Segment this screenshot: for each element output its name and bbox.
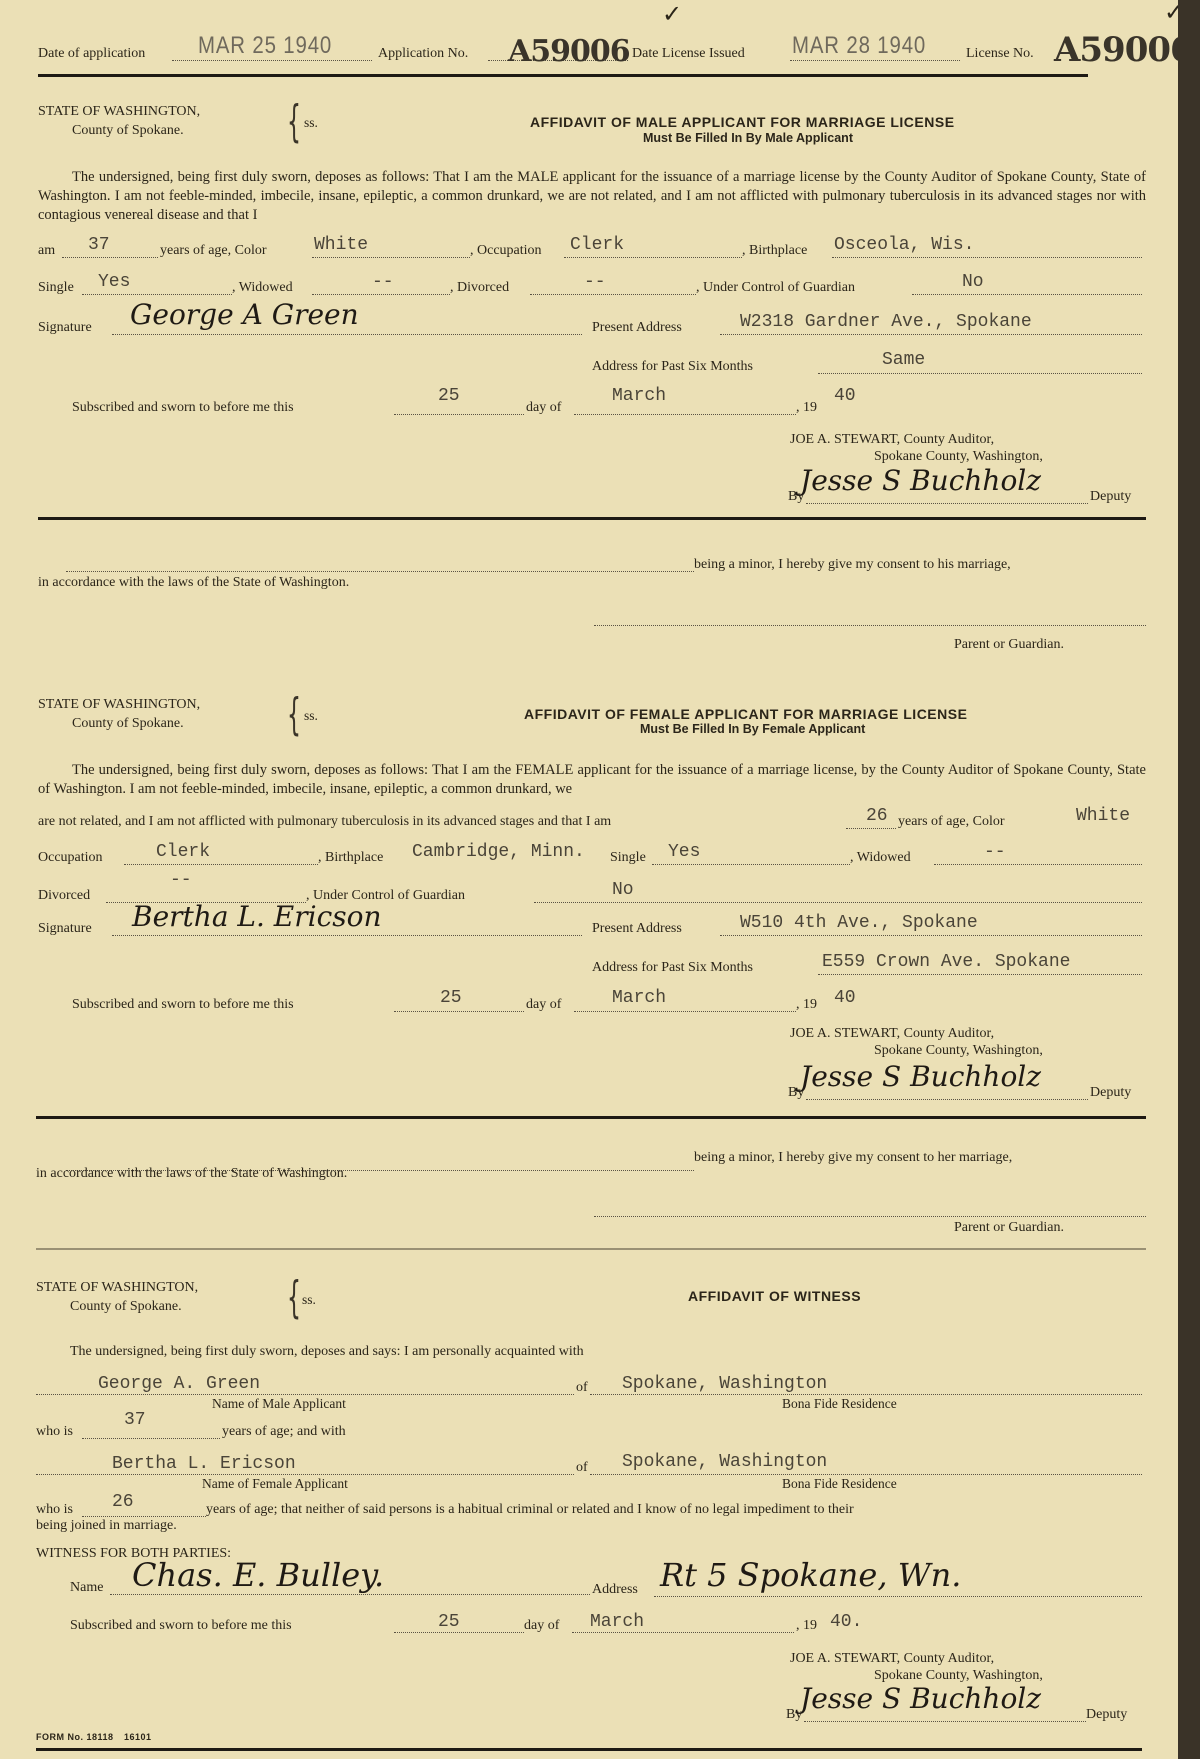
application-number: A59006 (508, 34, 630, 69)
male-birthplace-field[interactable]: Osceola, Wis. (834, 235, 974, 255)
residence-caption: Bona Fide Residence (782, 1396, 897, 1412)
male-affidavit-subtitle: Must Be Filled In By Male Applicant (643, 131, 853, 145)
occupation-label: , Occupation (470, 243, 542, 259)
venue-county: County of Spokane. (72, 123, 184, 139)
deputy-label: Deputy (1090, 1085, 1131, 1101)
male-name-caption: Name of Male Applicant (212, 1396, 346, 1412)
past-address-label: Address for Past Six Months (592, 359, 753, 375)
female-affidavit-subtitle: Must Be Filled In By Female Applicant (640, 722, 865, 736)
consent-text-2: in accordance with the laws of the State… (38, 575, 349, 591)
witness-name-line (110, 1594, 590, 1595)
female-occupation-field[interactable]: Clerk (156, 842, 210, 862)
date-of-application-line (172, 60, 372, 61)
auditor-county: Spokane County, Washington, (874, 1043, 1043, 1059)
single-label: Single (610, 850, 646, 866)
single-line (652, 864, 850, 865)
signature-label: Signature (38, 320, 92, 336)
divorced-label: , Divorced (450, 280, 509, 296)
female-past-address-field[interactable]: E559 Crown Ave. Spokane (822, 952, 1070, 972)
female-signature[interactable]: Bertha L. Ericson (132, 900, 382, 933)
witness-sworn-month[interactable]: March (590, 1612, 644, 1632)
parent-signature-line (594, 625, 1146, 626)
date-of-application-label: Date of application (38, 46, 145, 62)
application-no-label: Application No. (378, 46, 468, 62)
past-address-line (818, 974, 1142, 975)
brace-icon: { (287, 1276, 301, 1320)
witness-female-residence-field[interactable]: Spokane, Washington (622, 1452, 827, 1472)
venue-state: STATE OF WASHINGTON, (38, 104, 200, 120)
address-label: Address (592, 1582, 638, 1598)
deputy-line (806, 503, 1088, 504)
signature-line (112, 334, 582, 335)
male-signature[interactable]: George A Green (130, 298, 359, 331)
present-address-line (720, 935, 1142, 936)
male-name-line (36, 1394, 574, 1395)
venue-ss: ss. (302, 1292, 316, 1308)
parent-label: Parent or Guardian. (954, 1220, 1064, 1236)
female-guardian-field[interactable]: No (612, 880, 634, 900)
single-line (82, 294, 232, 295)
venue-state: STATE OF WASHINGTON, (36, 1280, 198, 1296)
witness-intro: The undersigned, being first duly sworn,… (70, 1344, 584, 1360)
sworn-month-line (572, 1632, 794, 1633)
deputy-label: Deputy (1086, 1707, 1127, 1723)
check-mark-icon: ✓ (662, 0, 682, 28)
sworn-label: Subscribed and sworn to before me this (70, 1618, 292, 1634)
day-of-label: day of (524, 1618, 559, 1634)
brace-icon: { (287, 693, 301, 737)
birthplace-label: , Birthplace (742, 243, 807, 259)
age-line (62, 257, 158, 258)
female-sworn-year[interactable]: 40 (834, 988, 856, 1008)
occupation-line (124, 864, 318, 865)
consent-text: being a minor, I hereby give my consent … (694, 1150, 1012, 1166)
male-guardian-field[interactable]: No (962, 272, 984, 292)
section-divider (36, 1116, 1146, 1119)
sworn-month-line (574, 1011, 796, 1012)
color-line (312, 257, 470, 258)
female-affidavit-title: AFFIDAVIT OF FEMALE APPLICANT FOR MARRIA… (524, 706, 967, 722)
present-address-label: Present Address (592, 320, 682, 336)
deputy-signature: Jesse S Buchholz (800, 1682, 1041, 1715)
male-widowed-field[interactable]: -- (372, 272, 394, 292)
present-address-label: Present Address (592, 921, 682, 937)
occupation-line (564, 257, 742, 258)
past-address-line (818, 373, 1142, 374)
sworn-label: Subscribed and sworn to before me this (72, 997, 294, 1013)
male-single-field[interactable]: Yes (98, 272, 130, 292)
birthplace-line (832, 257, 1142, 258)
consent-text: being a minor, I hereby give my consent … (694, 557, 1011, 573)
deputy-signature: Jesse S Buchholz (800, 464, 1041, 497)
witness-sworn-day[interactable]: 25 (438, 1612, 460, 1632)
past-address-label: Address for Past Six Months (592, 960, 753, 976)
deputy-line (804, 1721, 1086, 1722)
witness-male-age-field[interactable]: 37 (124, 1410, 146, 1430)
section-divider (38, 517, 1146, 520)
male-residence-line (590, 1394, 1142, 1395)
form-code: 16101 (124, 1732, 152, 1742)
male-divorced-field[interactable]: -- (584, 272, 606, 292)
deputy-signature: Jesse S Buchholz (800, 1060, 1041, 1093)
witness-female-name-field[interactable]: Bertha L. Ericson (112, 1454, 296, 1474)
female-age-suffix: years of age; that neither of said perso… (206, 1502, 854, 1518)
female-age-suffix-2: being joined in marriage. (36, 1518, 177, 1534)
present-address-line (720, 334, 1142, 335)
witness-signature[interactable]: Chas. E. Bulley. (132, 1556, 384, 1594)
signature-line (112, 935, 582, 936)
witness-male-name-field[interactable]: George A. Green (98, 1374, 260, 1394)
witness-female-age-field[interactable]: 26 (112, 1492, 134, 1512)
date-license-issued-stamp: MAR 28 1940 (792, 32, 926, 60)
female-age-field[interactable]: 26 (866, 806, 888, 826)
widowed-line (934, 864, 1142, 865)
of-label: of (576, 1380, 588, 1396)
sworn-day-line (394, 414, 524, 415)
male-age-suffix: years of age; and with (222, 1424, 346, 1440)
parent-label: Parent or Guardian. (954, 637, 1064, 653)
widowed-line (312, 294, 450, 295)
male-age-field[interactable]: 37 (88, 235, 110, 255)
female-name-caption: Name of Female Applicant (202, 1476, 348, 1492)
header-divider (38, 74, 1088, 77)
male-affidavit-title: AFFIDAVIT OF MALE APPLICANT FOR MARRIAGE… (530, 114, 955, 130)
years-label: years of age, Color (898, 814, 1005, 830)
who-is-label: who is (36, 1502, 73, 1518)
witness-address[interactable]: Rt 5 Spokane, Wn. (660, 1556, 961, 1594)
venue-ss: ss. (304, 115, 318, 131)
venue-state: STATE OF WASHINGTON, (38, 697, 200, 713)
consent-line (66, 571, 694, 572)
footer-divider (36, 1748, 1142, 1751)
consent-text-2: in accordance with the laws of the State… (36, 1166, 347, 1182)
witness-male-residence-field[interactable]: Spokane, Washington (622, 1374, 827, 1394)
widowed-label: , Widowed (232, 280, 293, 296)
occupation-label: Occupation (38, 850, 103, 866)
female-present-address-field[interactable]: W510 4th Ave., Spokane (740, 913, 978, 933)
signature-label: Signature (38, 921, 92, 937)
female-age-line (82, 1516, 206, 1517)
male-occupation-field[interactable]: Clerk (570, 235, 624, 255)
deputy-label: Deputy (1090, 489, 1131, 505)
sworn-label: Subscribed and sworn to before me this (72, 400, 294, 416)
female-sworn-day[interactable]: 25 (440, 988, 462, 1008)
page-edge (1178, 0, 1200, 1759)
male-past-address-field[interactable]: Same (882, 350, 925, 370)
female-residence-line (590, 1474, 1142, 1475)
guardian-line (534, 902, 1142, 903)
who-is-label: who is (36, 1424, 73, 1440)
male-sworn-day[interactable]: 25 (438, 386, 460, 406)
guardian-line (912, 294, 1142, 295)
male-affidavit-paragraph: The undersigned, being first duly sworn,… (38, 168, 1146, 225)
witness-affidavit-title: AFFIDAVIT OF WITNESS (688, 1288, 861, 1304)
date-of-application-stamp: MAR 25 1940 (198, 32, 332, 60)
day-of-label: day of (526, 997, 561, 1013)
name-label: Name (70, 1580, 103, 1596)
female-divorced-field[interactable]: -- (170, 870, 192, 890)
form-number: FORM No. 18118 (36, 1732, 114, 1742)
marriage-license-form: Date of application MAR 25 1940 Applicat… (0, 0, 1178, 1759)
female-birthplace-field[interactable]: Cambridge, Minn. (412, 842, 585, 862)
divorced-label: Divorced (38, 888, 90, 904)
residence-caption: Bona Fide Residence (782, 1476, 897, 1492)
license-no-label: License No. (966, 46, 1034, 62)
parent-signature-line (594, 1216, 1146, 1217)
female-age-line (846, 828, 896, 829)
year-prefix: , 19 (796, 1618, 817, 1634)
widowed-label: , Widowed (850, 850, 911, 866)
witness-address-line (654, 1596, 1142, 1597)
auditor-name: JOE A. STEWART, County Auditor, (790, 432, 994, 448)
female-sworn-month[interactable]: March (612, 988, 666, 1008)
female-color-field[interactable]: White (1076, 806, 1130, 826)
date-license-issued-label: Date License Issued (632, 46, 745, 62)
auditor-name: JOE A. STEWART, County Auditor, (790, 1026, 994, 1042)
year-prefix: , 19 (796, 400, 817, 416)
female-affidavit-paragraph: The undersigned, being first duly sworn,… (38, 761, 1146, 799)
day-of-label: day of (526, 400, 561, 416)
male-color-field[interactable]: White (314, 235, 368, 255)
deputy-line (806, 1099, 1088, 1100)
of-label: of (576, 1460, 588, 1476)
venue-county: County of Spokane. (72, 716, 184, 732)
am-label: am (38, 243, 55, 259)
sworn-day-line (394, 1632, 524, 1633)
auditor-county: Spokane County, Washington, (874, 449, 1043, 465)
auditor-name: JOE A. STEWART, County Auditor, (790, 1651, 994, 1667)
female-single-field[interactable]: Yes (668, 842, 700, 862)
venue-county: County of Spokane. (70, 1299, 182, 1315)
divorced-line (530, 294, 696, 295)
birthplace-label: , Birthplace (318, 850, 383, 866)
years-label: years of age, Color (160, 243, 267, 259)
guardian-label: , Under Control of Guardian (696, 280, 855, 296)
male-sworn-month[interactable]: March (612, 386, 666, 406)
sworn-day-line (394, 1011, 524, 1012)
section-divider (36, 1248, 1146, 1250)
female-widowed-field[interactable]: -- (984, 842, 1006, 862)
sworn-month-line (574, 414, 796, 415)
license-number: A59006 (1054, 30, 1193, 70)
date-license-issued-line (790, 60, 960, 61)
female-line3-label: are not related, and I am not afflicted … (38, 814, 611, 830)
year-prefix: , 19 (796, 997, 817, 1013)
venue-ss: ss. (304, 708, 318, 724)
male-sworn-year[interactable]: 40 (834, 386, 856, 406)
male-age-line (82, 1438, 220, 1439)
brace-icon: { (287, 100, 301, 144)
single-label: Single (38, 280, 74, 296)
male-present-address-field[interactable]: W2318 Gardner Ave., Spokane (740, 312, 1032, 332)
female-name-line (36, 1474, 574, 1475)
witness-sworn-year[interactable]: 40. (830, 1612, 862, 1632)
